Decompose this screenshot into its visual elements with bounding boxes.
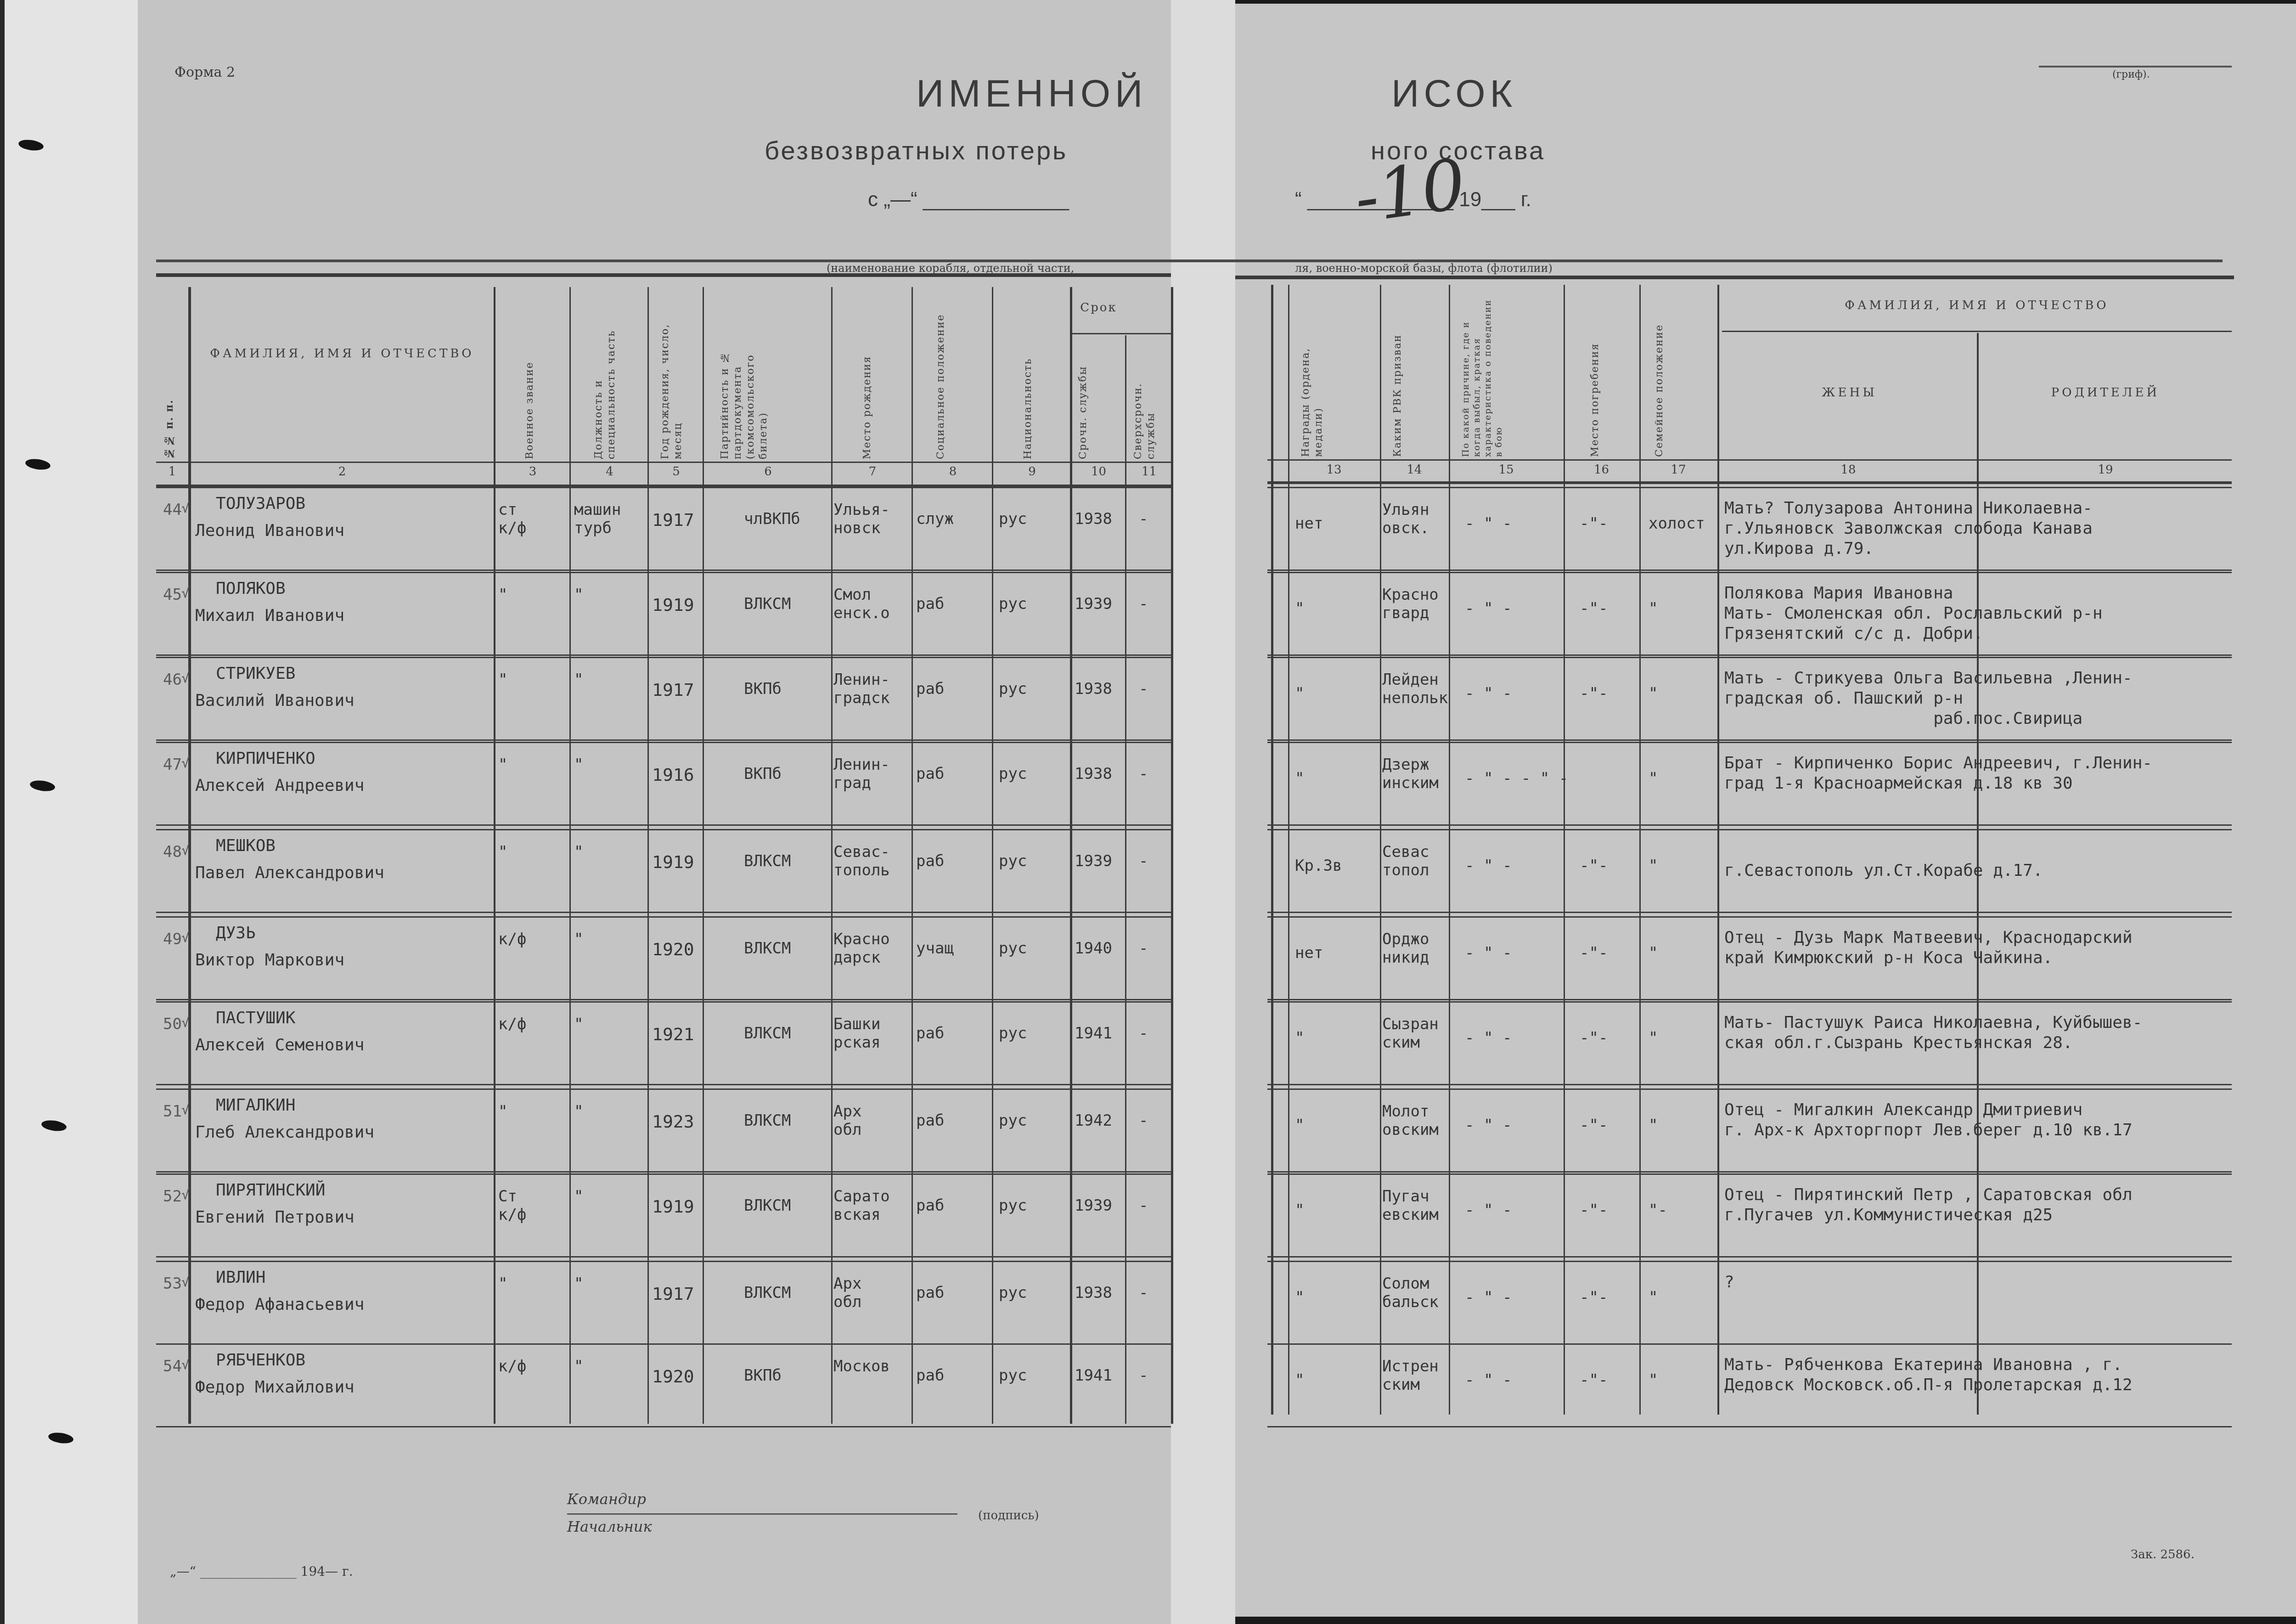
awards: нет bbox=[1295, 944, 1323, 962]
scan-left-margin bbox=[0, 0, 138, 1624]
nationality: рус bbox=[999, 1284, 1027, 1302]
surname: ПОЛЯКОВ bbox=[216, 579, 286, 599]
relatives-info: Отец - Дузь Марк Матвеевич, Краснодарски… bbox=[1724, 928, 2133, 968]
position: " bbox=[574, 1015, 583, 1033]
party-membership: ВКПб bbox=[744, 680, 782, 698]
row-top-line bbox=[156, 1173, 1171, 1175]
awards: " bbox=[1295, 1116, 1304, 1134]
relatives-header: ФАМИЛИЯ, ИМЯ И ОТЧЕСТВО bbox=[1722, 299, 2232, 312]
given-names: Михаил Иванович bbox=[195, 606, 344, 626]
extended-service: - bbox=[1139, 765, 1148, 783]
social-status: раб bbox=[916, 595, 944, 613]
row-top-line bbox=[1267, 1173, 2232, 1175]
draft-office: Дзерж инским bbox=[1382, 756, 1439, 792]
birthplace: Башки рская bbox=[833, 1015, 880, 1052]
draft-office: Лейден непольк bbox=[1382, 671, 1448, 707]
row-bottom-line bbox=[1267, 570, 2232, 571]
col-divider bbox=[494, 287, 495, 1424]
position: " bbox=[574, 1357, 583, 1376]
marital-status: " bbox=[1649, 1288, 1658, 1307]
header-bottom-border bbox=[156, 462, 1171, 463]
col-number: 16 bbox=[1564, 463, 1639, 477]
social-status: раб bbox=[916, 1111, 944, 1130]
col-divider bbox=[1171, 287, 1173, 1424]
document-title-right: ИСОК bbox=[1391, 71, 1517, 116]
loss-reason: - " - bbox=[1465, 514, 1512, 533]
relatives-info: Мать - Стрикуева Ольга Васильевна ,Ленин… bbox=[1724, 668, 2133, 729]
row-top-line bbox=[156, 657, 1171, 658]
binding-hole bbox=[48, 1431, 74, 1444]
scan-edge bbox=[0, 0, 5, 1624]
extended-service: - bbox=[1139, 1284, 1148, 1302]
col-header-13: Награды (ордена, медали) bbox=[1300, 303, 1327, 457]
birthplace: Арх обл bbox=[833, 1274, 861, 1311]
col-header-7: Место рождения bbox=[861, 303, 874, 459]
party-membership: ВЛКСМ bbox=[744, 939, 791, 958]
row-bottom-line bbox=[1267, 1084, 2232, 1085]
birthplace: Ульья- новск bbox=[833, 501, 890, 537]
document-title-left: ИМЕННОЙ bbox=[916, 71, 1147, 116]
position: " bbox=[574, 930, 583, 948]
row-bottom-line bbox=[1267, 654, 2232, 656]
col-number: 3 bbox=[496, 465, 569, 479]
birth-year: 1917 bbox=[652, 680, 694, 700]
col-header-14: Каким РВК призван bbox=[1391, 303, 1419, 457]
awards: " bbox=[1295, 1371, 1304, 1389]
relatives-info: Полякова Мария Ивановна Мать- Смоленская… bbox=[1724, 583, 2103, 644]
col-divider bbox=[647, 287, 649, 1424]
row-bottom-line bbox=[1267, 739, 2232, 741]
row-bottom-line bbox=[156, 570, 1171, 571]
given-names: Евгений Петрович bbox=[195, 1207, 355, 1228]
awards: " bbox=[1295, 599, 1304, 618]
row-bottom-line bbox=[156, 999, 1171, 1000]
row-bottom-line bbox=[156, 824, 1171, 826]
nationality: рус bbox=[999, 1196, 1027, 1215]
col-number: 7 bbox=[833, 465, 912, 479]
document-subtitle-left: безвозвратных потерь bbox=[765, 135, 1068, 165]
row-top-line bbox=[156, 1261, 1171, 1262]
burial-place: -"- bbox=[1580, 514, 1608, 533]
row-bottom-line bbox=[156, 1426, 1171, 1427]
given-names: Виктор Маркович bbox=[195, 950, 344, 970]
srok-divider bbox=[1070, 333, 1171, 334]
service-start-year: 1939 bbox=[1075, 1196, 1112, 1215]
binding-hole bbox=[18, 138, 45, 152]
service-start-year: 1938 bbox=[1075, 765, 1112, 783]
col-number: 10 bbox=[1072, 465, 1125, 479]
col-header-11: Сверхсрочн. службы bbox=[1132, 349, 1159, 459]
awards: " bbox=[1295, 684, 1304, 703]
col-number: 5 bbox=[650, 465, 703, 479]
draft-office: Орджо никид bbox=[1382, 930, 1429, 967]
row-number: 49 bbox=[163, 930, 182, 948]
col-divider bbox=[1639, 285, 1641, 1415]
birth-year: 1917 bbox=[652, 510, 694, 530]
row-number: 52 bbox=[163, 1187, 182, 1206]
loss-reason: - " - bbox=[1465, 1116, 1512, 1134]
party-membership: ВЛКСМ bbox=[744, 595, 791, 613]
row-bottom-line bbox=[156, 654, 1171, 656]
extended-service: - bbox=[1139, 680, 1148, 698]
awards: Кр.Зв bbox=[1295, 857, 1342, 875]
service-start-year: 1939 bbox=[1075, 852, 1112, 870]
row-top-line bbox=[156, 916, 1171, 918]
row-top-line bbox=[156, 1088, 1171, 1090]
given-names: Федор Михайлович bbox=[195, 1377, 355, 1398]
row-top-line bbox=[1267, 572, 2232, 573]
col-divider bbox=[1449, 285, 1450, 1415]
col-header-17: Семейное положение bbox=[1653, 303, 1681, 457]
loss-reason: - " - bbox=[1465, 1371, 1512, 1389]
birth-year: 1921 bbox=[652, 1024, 694, 1044]
col-divider bbox=[1717, 285, 1719, 1415]
draft-office: Сызран ским bbox=[1382, 1015, 1439, 1052]
military-rank: Ст к/ф bbox=[498, 1187, 526, 1224]
military-rank: ст к/ф bbox=[498, 501, 526, 537]
marital-status: " bbox=[1649, 1371, 1658, 1389]
row-number: 46 bbox=[163, 671, 182, 689]
birth-year: 1919 bbox=[652, 1196, 694, 1217]
col-number: 17 bbox=[1639, 463, 1717, 477]
surname: МЕШКОВ bbox=[216, 836, 276, 856]
checkmark-icon: √ bbox=[181, 583, 190, 603]
table-top-border bbox=[1235, 276, 2234, 279]
col-header-18: ЖЕНЫ bbox=[1722, 386, 1977, 400]
col-number: 18 bbox=[1720, 463, 1977, 477]
burial-place: -"- bbox=[1580, 1288, 1608, 1307]
row-bottom-line bbox=[156, 1084, 1171, 1085]
draft-office: Солом бальск bbox=[1382, 1274, 1439, 1311]
birthplace: Ленин- градск bbox=[833, 671, 890, 707]
classification-line bbox=[2039, 66, 2232, 68]
marital-status: " bbox=[1649, 1029, 1658, 1047]
marital-status: " bbox=[1649, 684, 1658, 703]
row-top-line bbox=[156, 1001, 1171, 1003]
relatives-info: ? bbox=[1724, 1272, 1734, 1292]
row-top-line bbox=[1267, 1343, 2232, 1345]
military-rank: к/ф bbox=[498, 1357, 526, 1376]
draft-office: Молот овским bbox=[1382, 1102, 1439, 1139]
checkmark-icon: √ bbox=[181, 840, 190, 861]
awards: нет bbox=[1295, 514, 1323, 533]
military-rank: к/ф bbox=[498, 1015, 526, 1033]
row-number: 54 bbox=[163, 1357, 182, 1376]
row-top-line bbox=[156, 572, 1171, 573]
birthplace: Арх обл bbox=[833, 1102, 861, 1139]
burial-place: -"- bbox=[1580, 684, 1608, 703]
col-header-2: ФАМИЛИЯ, ИМЯ И ОТЧЕСТВО bbox=[193, 347, 491, 361]
checkmark-icon: √ bbox=[181, 753, 190, 773]
marital-status: " bbox=[1649, 769, 1658, 788]
col-number: 1 bbox=[158, 465, 186, 479]
nationality: рус bbox=[999, 595, 1027, 613]
burial-place: -"- bbox=[1580, 1371, 1608, 1389]
military-rank: " bbox=[498, 843, 507, 861]
row-bottom-line bbox=[156, 1256, 1171, 1257]
social-status: раб bbox=[916, 765, 944, 783]
burial-place: -"- bbox=[1580, 857, 1608, 875]
col-divider bbox=[1564, 285, 1565, 1415]
loss-reason: - " - bbox=[1465, 944, 1512, 962]
loss-reason: - " - bbox=[1465, 1029, 1512, 1047]
birth-year: 1923 bbox=[652, 1111, 694, 1132]
nationality: рус bbox=[999, 765, 1027, 783]
burial-place: -"- bbox=[1580, 599, 1608, 618]
form-label: Форма 2 bbox=[174, 64, 235, 80]
row-top-line bbox=[1267, 657, 2232, 658]
col-number: 8 bbox=[914, 465, 992, 479]
nationality: рус bbox=[999, 1366, 1027, 1385]
surname: МИГАЛКИН bbox=[216, 1095, 295, 1116]
nationality: рус bbox=[999, 510, 1027, 528]
draft-office: Красно гвард bbox=[1382, 586, 1439, 622]
checkmark-icon: √ bbox=[181, 668, 190, 688]
col-divider bbox=[1070, 287, 1072, 1424]
col-header-19: РОДИТЕЛЕЙ bbox=[1979, 386, 2232, 400]
birthplace: Сарато вская bbox=[833, 1187, 890, 1224]
service-start-year: 1938 bbox=[1075, 1284, 1112, 1302]
surname: ТОЛУЗАРОВ bbox=[216, 494, 305, 514]
col-number: 9 bbox=[994, 465, 1070, 479]
colnum-bottom-border bbox=[1267, 481, 2232, 484]
row-top-line bbox=[1267, 916, 2232, 918]
burial-place: -"- bbox=[1580, 1201, 1608, 1219]
page-fold-gap bbox=[1171, 0, 1235, 1624]
row-bottom-line bbox=[156, 912, 1171, 913]
awards: " bbox=[1295, 1288, 1304, 1307]
col-number: 2 bbox=[193, 465, 491, 479]
row-top-line bbox=[1267, 1261, 2232, 1262]
relatives-info: Мать? Толузарова Антонина Николаевна- г.… bbox=[1724, 498, 2093, 559]
military-rank: " bbox=[498, 756, 507, 774]
row-number: 47 bbox=[163, 756, 182, 774]
col-header-9: Национальность bbox=[1022, 303, 1035, 459]
col-divider bbox=[992, 287, 993, 1424]
marital-status: " bbox=[1649, 944, 1658, 962]
unit-caption-left: (наименование корабля, отдельной части, bbox=[827, 262, 1074, 275]
birthplace: Красно дарск bbox=[833, 930, 890, 967]
row-number: 45 bbox=[163, 586, 182, 604]
loss-reason: - " - bbox=[1465, 684, 1512, 703]
military-rank: " bbox=[498, 1102, 507, 1121]
header-bottom-border bbox=[1267, 459, 2232, 461]
signature-line bbox=[567, 1513, 957, 1515]
surname: ПАСТУШИК bbox=[216, 1008, 295, 1028]
draft-office: Пугач евским bbox=[1382, 1187, 1439, 1224]
checkmark-icon: √ bbox=[181, 1185, 190, 1205]
party-membership: ВКПб bbox=[744, 1366, 782, 1385]
col-header-10: Срочн. службы bbox=[1077, 349, 1104, 459]
commander-label: Командир bbox=[567, 1490, 646, 1508]
social-status: раб bbox=[916, 852, 944, 870]
relatives-info: Мать- Пастушук Раиса Николаевна, Куйбыше… bbox=[1724, 1013, 2142, 1053]
burial-place: -"- bbox=[1580, 944, 1608, 962]
service-start-year: 1941 bbox=[1075, 1366, 1112, 1385]
row-bottom-line bbox=[1267, 999, 2232, 1000]
given-names: Василий Иванович bbox=[195, 691, 355, 711]
extended-service: - bbox=[1139, 595, 1148, 613]
surname: СТРИКУЕВ bbox=[216, 664, 295, 684]
loss-reason: - " - bbox=[1465, 1201, 1512, 1219]
col-header-6: Партийность и № партдокумента (комсомоль… bbox=[719, 303, 760, 459]
burial-place: -"- bbox=[1580, 1116, 1608, 1134]
birth-year: 1917 bbox=[652, 1284, 694, 1304]
draft-office: Севас топол bbox=[1382, 843, 1429, 880]
military-rank: " bbox=[498, 671, 507, 689]
col-header-1: №№ п. п. bbox=[163, 377, 176, 459]
nationality: рус bbox=[999, 939, 1027, 958]
military-rank: " bbox=[498, 1274, 507, 1293]
party-membership: члВКПб bbox=[744, 510, 800, 528]
party-membership: ВКПб bbox=[744, 765, 782, 783]
checkmark-icon: √ bbox=[181, 1355, 190, 1375]
row-bottom-line bbox=[1267, 1426, 2232, 1427]
row-top-line bbox=[1267, 742, 2232, 743]
col-number: 11 bbox=[1127, 465, 1171, 479]
col-header-5: Год рождения, число, месяц bbox=[659, 303, 687, 459]
marital-status: "- bbox=[1649, 1201, 1667, 1219]
relatives-info: Брат - Кирпиченко Борис Андреевич, г.Лен… bbox=[1724, 753, 2152, 794]
surname: ДУЗЬ bbox=[216, 923, 256, 943]
service-start-year: 1940 bbox=[1075, 939, 1112, 958]
extended-service: - bbox=[1139, 1024, 1148, 1043]
relatives-divider bbox=[1722, 331, 2232, 332]
col-divider bbox=[1271, 285, 1273, 1415]
col-header-4: Должность и специальность часть bbox=[592, 303, 620, 459]
row-top-line bbox=[1267, 487, 2232, 488]
marital-status: " bbox=[1649, 857, 1658, 875]
row-top-line bbox=[1267, 1088, 2232, 1090]
row-number: 44 bbox=[163, 501, 182, 519]
col-header-16: Место погребения bbox=[1589, 303, 1602, 457]
relatives-info: Отец - Пирятинский Петр , Саратовская об… bbox=[1724, 1185, 2133, 1225]
birth-year: 1920 bbox=[652, 939, 694, 959]
scan-top-edge bbox=[1235, 0, 2296, 4]
service-start-year: 1938 bbox=[1075, 510, 1112, 528]
awards: " bbox=[1295, 1201, 1304, 1219]
relatives-info: Отец - Мигалкин Александр Дмитриевич г. … bbox=[1724, 1100, 2133, 1140]
social-status: учащ bbox=[916, 939, 954, 958]
position: " bbox=[574, 1274, 583, 1293]
col-number: 19 bbox=[1979, 463, 2232, 477]
row-bottom-line bbox=[156, 739, 1171, 741]
col-number: 14 bbox=[1380, 463, 1449, 477]
extended-service: - bbox=[1139, 852, 1148, 870]
birth-year: 1919 bbox=[652, 595, 694, 615]
col-header-3: Военное звание bbox=[523, 303, 536, 459]
party-membership: ВЛКСМ bbox=[744, 1111, 791, 1130]
col-divider bbox=[831, 287, 833, 1424]
party-membership: ВЛКСМ bbox=[744, 852, 791, 870]
scan-bottom-edge bbox=[1235, 1617, 2296, 1624]
loss-reason: - " - bbox=[1465, 1288, 1512, 1307]
military-rank: к/ф bbox=[498, 930, 526, 948]
draft-office: Истрен ским bbox=[1382, 1357, 1439, 1394]
relatives-info: г.Севастополь ул.Ст.Корабе д.17. bbox=[1724, 840, 2043, 881]
surname: ИВЛИН bbox=[216, 1268, 265, 1288]
date-range-start: с „—“ _____________ bbox=[868, 188, 1069, 211]
burial-place: -"- bbox=[1580, 1029, 1608, 1047]
position: " bbox=[574, 843, 583, 861]
relatives-info: Мать- Рябченкова Екатерина Ивановна , г.… bbox=[1724, 1355, 2133, 1395]
col-divider bbox=[1288, 285, 1289, 1415]
row-top-line bbox=[156, 1343, 1171, 1345]
birthplace: Севас- тополь bbox=[833, 843, 890, 880]
row-bottom-line bbox=[1267, 912, 2232, 913]
position: " bbox=[574, 671, 583, 689]
col-header-15: По какой причине, где и когда выбыл, кра… bbox=[1460, 294, 1520, 457]
binding-hole bbox=[29, 779, 56, 792]
handwritten-list-number: -10 bbox=[1350, 144, 1470, 239]
position: " bbox=[574, 1187, 583, 1206]
service-start-year: 1942 bbox=[1075, 1111, 1112, 1130]
draft-office: Ульян овск. bbox=[1382, 501, 1429, 537]
checkmark-icon: √ bbox=[181, 928, 190, 948]
marital-status: холост bbox=[1649, 514, 1705, 533]
checkmark-icon: √ bbox=[181, 498, 190, 519]
row-top-line bbox=[1267, 1001, 2232, 1003]
col-divider bbox=[569, 287, 571, 1424]
position: машин турб bbox=[574, 501, 621, 537]
col-number: 15 bbox=[1449, 463, 1564, 477]
service-start-year: 1941 bbox=[1075, 1024, 1112, 1043]
col-number: 4 bbox=[572, 465, 647, 479]
print-order-number: Зак. 2586. bbox=[2131, 1548, 2195, 1562]
position: " bbox=[574, 586, 583, 604]
unit-caption-right: ля, военно-морской базы, флота (флотилии… bbox=[1295, 262, 1553, 275]
row-top-line bbox=[156, 829, 1171, 830]
social-status: раб bbox=[916, 1366, 944, 1385]
given-names: Федор Афанасьевич bbox=[195, 1295, 364, 1315]
col-divider bbox=[1380, 285, 1381, 1415]
row-bottom-line bbox=[1267, 1171, 2232, 1173]
extended-service: - bbox=[1139, 510, 1148, 528]
nationality: рус bbox=[999, 852, 1027, 870]
service-start-year: 1939 bbox=[1075, 595, 1112, 613]
surname: ПИРЯТИНСКИЙ bbox=[216, 1180, 325, 1201]
checkmark-icon: √ bbox=[181, 1272, 190, 1292]
nationality: рус bbox=[999, 680, 1027, 698]
loss-reason: - " - bbox=[1465, 857, 1512, 875]
unit-name-line bbox=[156, 259, 2223, 262]
social-status: раб bbox=[916, 1284, 944, 1302]
col-number: 13 bbox=[1288, 463, 1380, 477]
nationality: рус bbox=[999, 1111, 1027, 1130]
birthplace: Смол енск.о bbox=[833, 586, 890, 622]
row-number: 53 bbox=[163, 1274, 182, 1293]
checkmark-icon: √ bbox=[181, 1100, 190, 1120]
checkmark-icon: √ bbox=[181, 1013, 190, 1033]
loss-reason: - " - - " - bbox=[1465, 769, 1568, 788]
surname: КИРПИЧЕНКО bbox=[216, 749, 315, 769]
row-number: 50 bbox=[163, 1015, 182, 1033]
col-number: 6 bbox=[705, 465, 831, 479]
party-membership: ВЛКСМ bbox=[744, 1196, 791, 1215]
extended-service: - bbox=[1139, 1366, 1148, 1385]
awards: " bbox=[1295, 769, 1304, 788]
row-number: 48 bbox=[163, 843, 182, 861]
given-names: Павел Александрович bbox=[195, 863, 384, 883]
loss-reason: - " - bbox=[1465, 599, 1512, 618]
nationality: рус bbox=[999, 1024, 1027, 1043]
given-names: Алексей Андреевич bbox=[195, 776, 364, 796]
awards: " bbox=[1295, 1029, 1304, 1047]
party-membership: ВЛКСМ bbox=[744, 1024, 791, 1043]
birth-year: 1916 bbox=[652, 765, 694, 785]
birthplace: Москов bbox=[833, 1357, 890, 1376]
row-top-line bbox=[1267, 829, 2232, 830]
